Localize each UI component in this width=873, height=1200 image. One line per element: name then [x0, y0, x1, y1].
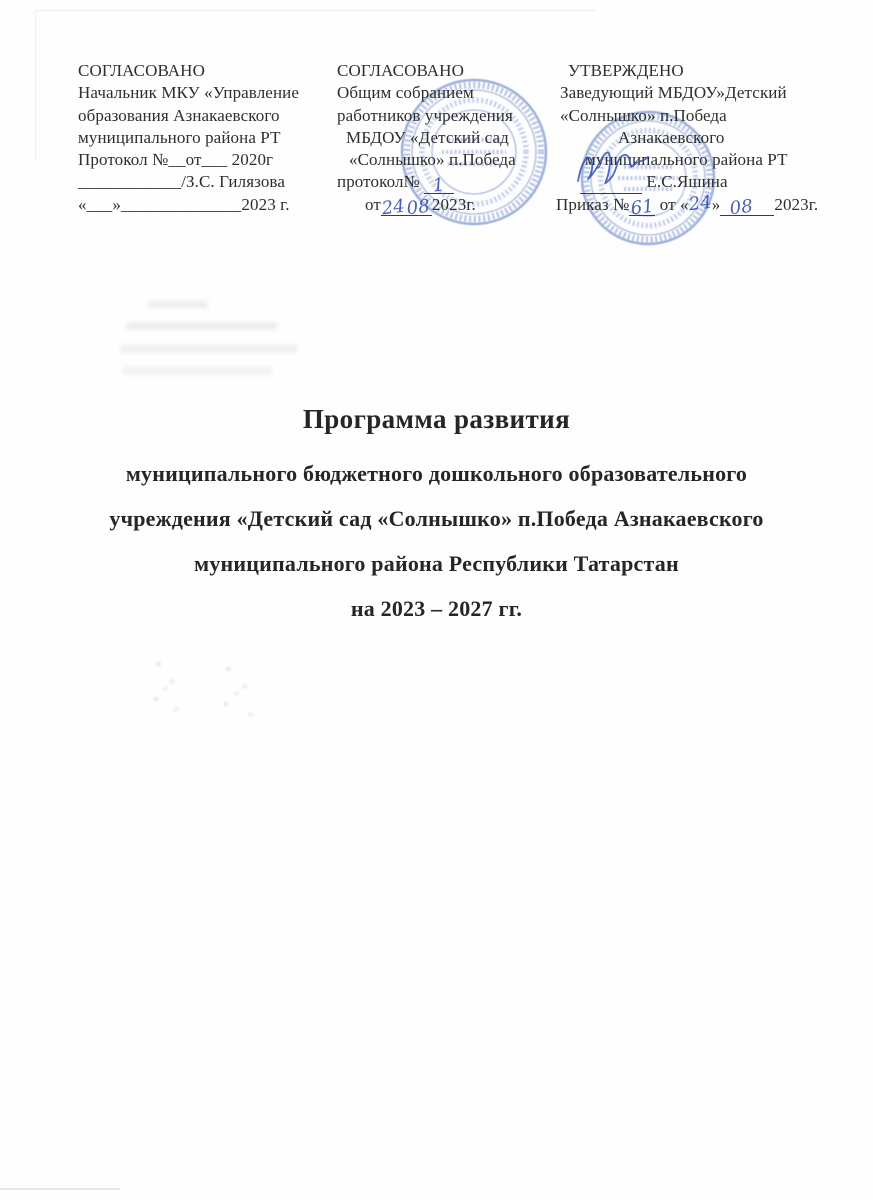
title-period: на 2023 – 2027 гг.	[0, 586, 873, 631]
approval-block-left: СОГЛАСОВАНО Начальник МКУ «Управление об…	[78, 60, 348, 216]
bleed-through-artifact	[148, 301, 208, 308]
handwritten-month: 08	[728, 196, 754, 221]
title-block: Программа развития муниципального бюджет…	[0, 404, 873, 631]
protocol-number-blank: 1	[424, 176, 454, 194]
handwritten-protocol-number: 1	[432, 174, 446, 198]
scan-edge-artifact	[0, 1188, 120, 1190]
signature-blank	[580, 176, 642, 194]
order-number-blank: 61	[629, 198, 655, 216]
scan-edge-artifact	[35, 10, 36, 160]
handwritten-day: 24	[687, 191, 713, 216]
signature	[580, 171, 642, 193]
document-title: Программа развития	[0, 404, 873, 435]
protocol-date-line: от24082023г.	[365, 194, 572, 216]
ink-speckle-artifact	[212, 655, 267, 725]
date-day-blank: 24	[381, 198, 406, 216]
handwritten-month: 08	[406, 196, 432, 221]
bleed-through-artifact	[120, 345, 298, 353]
title-line: муниципального района Республики Татарст…	[0, 541, 873, 586]
title-line: учреждения «Детский сад «Солнышко» п.Поб…	[0, 496, 873, 541]
scanned-document-page: СОГЛАСОВАНО Начальник МКУ «Управление об…	[0, 0, 873, 1200]
order-month-blank: 08	[720, 198, 762, 216]
approval-block-right: УТВЕРЖДЕНО Заведующий МБДОУ»Детский «Сол…	[556, 60, 856, 216]
ink-speckle-artifact	[145, 650, 190, 720]
approval-heading: УТВЕРЖДЕНО	[568, 60, 856, 82]
order-line: Приказ №61 от «24»082023г.	[556, 194, 856, 216]
approval-block-middle: СОГЛАСОВАНО Общим собранием работников у…	[337, 60, 572, 216]
handwritten-order-number: 61	[629, 196, 655, 221]
signature-line: Е.С.Яшина	[580, 171, 856, 193]
date-month-blank: 08	[406, 198, 432, 216]
bleed-through-artifact	[122, 367, 272, 375]
protocol-number-line: протокол№ 1	[337, 171, 572, 193]
bleed-through-artifact	[127, 322, 277, 330]
title-line: муниципального бюджетного дошкольного об…	[0, 451, 873, 496]
handwritten-day: 24	[380, 196, 406, 221]
approval-heading: СОГЛАСОВАНО	[337, 60, 572, 82]
scan-edge-artifact	[36, 10, 596, 11]
approval-heading: СОГЛАСОВАНО	[78, 60, 348, 82]
